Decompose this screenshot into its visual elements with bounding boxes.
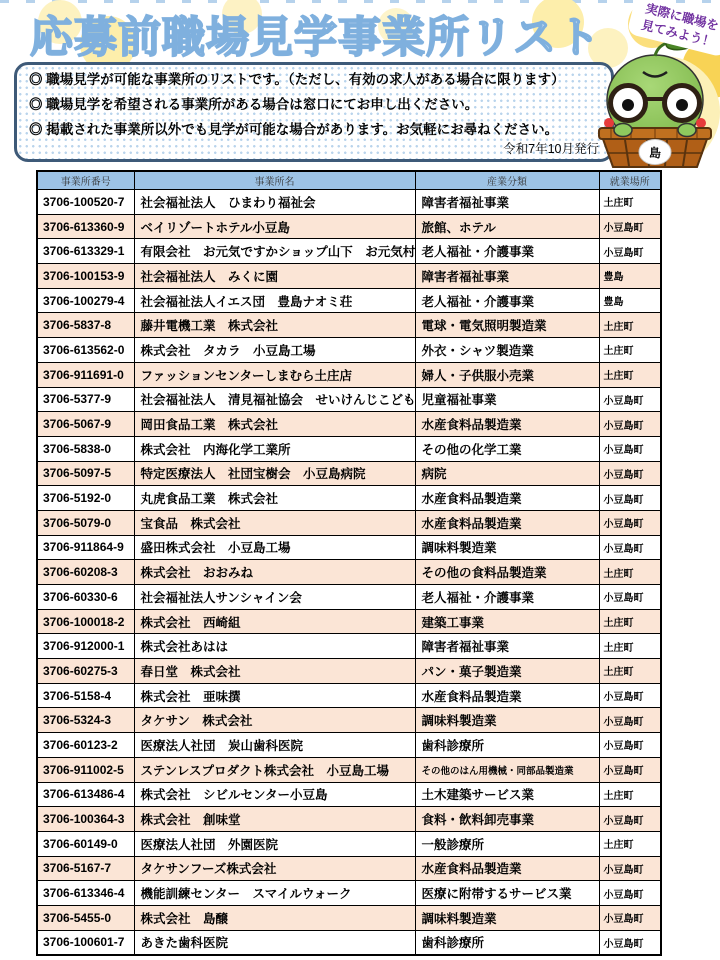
office-name: タケサンフーズ株式会社: [134, 856, 415, 881]
office-number: 3706-60149-0: [37, 831, 134, 856]
office-number: 3706-613329-1: [37, 239, 134, 264]
table-row: 3706-100018-2 株式会社 西崎組 建築工事業 土庄町: [37, 609, 661, 634]
table-row: 3706-60123-2 医療法人社団 炭山歯科医院 歯科診療所 小豆島町: [37, 733, 661, 758]
olive-mascot: 島: [583, 36, 720, 170]
industry: 児童福祉事業: [415, 387, 599, 412]
office-name: 株式会社あはは: [134, 634, 415, 659]
office-number: 3706-5324-3: [37, 708, 134, 733]
table-row: 3706-911864-9 盛田株式会社 小豆島工場 調味料製造業 小豆島町: [37, 535, 661, 560]
office-name: 株式会社 亜味撰: [134, 683, 415, 708]
industry: その他の食料品製造業: [415, 560, 599, 585]
office-number: 3706-613562-0: [37, 338, 134, 363]
table-row: 3706-613329-1 有限会社 お元気ですかショップ山下 お元気村 老人福…: [37, 239, 661, 264]
office-name: 春日堂 株式会社: [134, 659, 415, 684]
location: 小豆島町: [599, 733, 661, 758]
table-row: 3706-5097-5 特定医療法人 社団宝樹会 小豆島病院 病院 小豆島町: [37, 461, 661, 486]
office-number: 3706-60275-3: [37, 659, 134, 684]
industry: 食料・飲料卸売事業: [415, 807, 599, 832]
office-number: 3706-5192-0: [37, 486, 134, 511]
office-name: ベイリゾートホテル小豆島: [134, 214, 415, 239]
col-header-industry: 産業分類: [415, 171, 599, 190]
notice-item: ◎ 職場見学が可能な事業所のリストです。（ただし、有効の求人がある場合に限ります…: [29, 73, 601, 87]
industry: 水産食料品製造業: [415, 486, 599, 511]
industry: その他の化学工業: [415, 436, 599, 461]
location: 小豆島町: [599, 757, 661, 782]
blush-right: [696, 118, 706, 128]
table-row: 3706-5324-3 タケサン 株式会社 調味料製造業 小豆島町: [37, 708, 661, 733]
industry: 旅館、ホテル: [415, 214, 599, 239]
table-row: 3706-100279-4 社会福祉法人イエス団 豊島ナオミ荘 老人福祉・介護事…: [37, 288, 661, 313]
office-name: 丸虎食品工業 株式会社: [134, 486, 415, 511]
location: 小豆島町: [599, 881, 661, 906]
table-row: 3706-911691-0 ファッションセンターしまむら土庄店 婦人・子供服小売…: [37, 362, 661, 387]
notice-item: ◎ 職場見学を希望される事業所がある場合は窓口にてお申し出ください。: [29, 98, 601, 112]
location: 土庄町: [599, 560, 661, 585]
location: 小豆島町: [599, 930, 661, 955]
table-row: 3706-5377-9 社会福祉法人 清見福祉協会 せいけんじこども園 児童福祉…: [37, 387, 661, 412]
notice-box: ◎ 職場見学が可能な事業所のリストです。（ただし、有効の求人がある場合に限ります…: [14, 62, 614, 162]
office-number: 3706-5455-0: [37, 905, 134, 930]
industry: 水産食料品製造業: [415, 683, 599, 708]
hand-right: [678, 124, 696, 137]
office-name: ファッションセンターしまむら土庄店: [134, 362, 415, 387]
col-header-name: 事業所名: [134, 171, 415, 190]
office-number: 3706-60208-3: [37, 560, 134, 585]
location: 小豆島町: [599, 510, 661, 535]
office-number: 3706-613346-4: [37, 881, 134, 906]
location: 小豆島町: [599, 585, 661, 610]
location: 豊島: [599, 288, 661, 313]
office-number: 3706-60330-6: [37, 585, 134, 610]
location: 土庄町: [599, 362, 661, 387]
office-name: 株式会社 創味堂: [134, 807, 415, 832]
location: 小豆島町: [599, 486, 661, 511]
table-row: 3706-60275-3 春日堂 株式会社 パン・菓子製造業 土庄町: [37, 659, 661, 684]
table-row: 3706-613346-4 機能訓練センター スマイルウォーク 医療に附帯するサ…: [37, 881, 661, 906]
office-number: 3706-5097-5: [37, 461, 134, 486]
table-header-row: 事業所番号 事業所名 産業分類 就業場所: [37, 171, 661, 190]
location: 小豆島町: [599, 683, 661, 708]
industry: 電球・電気照明製造業: [415, 313, 599, 338]
location: 小豆島町: [599, 708, 661, 733]
industry: 水産食料品製造業: [415, 412, 599, 437]
office-number: 3706-911691-0: [37, 362, 134, 387]
col-header-location: 就業場所: [599, 171, 661, 190]
office-number: 3706-100520-7: [37, 190, 134, 215]
office-name: 株式会社 内海化学工業所: [134, 436, 415, 461]
notice-item: ◎ 掲載された事業所以外でも見学が可能な場合があります。お気軽にお尋ねください。: [29, 123, 601, 137]
office-name: あきた歯科医院: [134, 930, 415, 955]
location: 小豆島町: [599, 214, 661, 239]
office-number: 3706-5838-0: [37, 436, 134, 461]
location: 小豆島町: [599, 905, 661, 930]
location: 土庄町: [599, 659, 661, 684]
table-row: 3706-100364-3 株式会社 創味堂 食料・飲料卸売事業 小豆島町: [37, 807, 661, 832]
office-number: 3706-911002-5: [37, 757, 134, 782]
table-row: 3706-613486-4 株式会社 シビルセンター小豆島 土木建築サービス業 …: [37, 782, 661, 807]
table-row: 3706-5167-7 タケサンフーズ株式会社 水産食料品製造業 小豆島町: [37, 856, 661, 881]
office-name: 株式会社 島醸: [134, 905, 415, 930]
industry: 調味料製造業: [415, 535, 599, 560]
industry: 老人福祉・介護事業: [415, 288, 599, 313]
industry: 調味料製造業: [415, 905, 599, 930]
office-number: 3706-613360-9: [37, 214, 134, 239]
industry: 医療に附帯するサービス業: [415, 881, 599, 906]
office-number: 3706-5158-4: [37, 683, 134, 708]
office-number: 3706-5837-8: [37, 313, 134, 338]
office-table: 事業所番号 事業所名 産業分類 就業場所 3706-100520-7 社会福祉法…: [36, 170, 662, 956]
table-row: 3706-100601-7 あきた歯科医院 歯科診療所 小豆島町: [37, 930, 661, 955]
industry: 建築工事業: [415, 609, 599, 634]
office-number: 3706-613486-4: [37, 782, 134, 807]
col-header-number: 事業所番号: [37, 171, 134, 190]
issue-date: 令和7年10月発行: [29, 139, 599, 157]
hand-left: [614, 124, 632, 137]
office-name: ステンレスプロダクト株式会社 小豆島工場: [134, 757, 415, 782]
industry: 歯科診療所: [415, 733, 599, 758]
office-number: 3706-5079-0: [37, 510, 134, 535]
pupil-right: [676, 99, 688, 111]
location: 小豆島町: [599, 461, 661, 486]
office-name: タケサン 株式会社: [134, 708, 415, 733]
office-number: 3706-100364-3: [37, 807, 134, 832]
industry: 障害者福祉事業: [415, 634, 599, 659]
office-number: 3706-100018-2: [37, 609, 134, 634]
table-row: 3706-5455-0 株式会社 島醸 調味料製造業 小豆島町: [37, 905, 661, 930]
location: 小豆島町: [599, 387, 661, 412]
industry: 障害者福祉事業: [415, 190, 599, 215]
location: 豊島: [599, 264, 661, 289]
table-row: 3706-60208-3 株式会社 おおみね その他の食料品製造業 土庄町: [37, 560, 661, 585]
office-number: 3706-911864-9: [37, 535, 134, 560]
location: 土庄町: [599, 190, 661, 215]
office-name: 社会福祉法人 みくに園: [134, 264, 415, 289]
blush-left: [604, 118, 614, 128]
industry: 水産食料品製造業: [415, 510, 599, 535]
industry: その他のはん用機械・同部品製造業: [415, 757, 599, 782]
table-row: 3706-5838-0 株式会社 内海化学工業所 その他の化学工業 小豆島町: [37, 436, 661, 461]
office-name: 株式会社 おおみね: [134, 560, 415, 585]
office-name: 特定医療法人 社団宝樹会 小豆島病院: [134, 461, 415, 486]
office-name: 岡田食品工業 株式会社: [134, 412, 415, 437]
location: 土庄町: [599, 338, 661, 363]
office-name: 機能訓練センター スマイルウォーク: [134, 881, 415, 906]
office-table-body: 3706-100520-7 社会福祉法人 ひまわり福祉会 障害者福祉事業 土庄町…: [37, 190, 661, 955]
industry: 老人福祉・介護事業: [415, 239, 599, 264]
location: 土庄町: [599, 831, 661, 856]
location: 小豆島町: [599, 856, 661, 881]
industry: 水産食料品製造業: [415, 856, 599, 881]
table-row: 3706-912000-1 株式会社あはは 障害者福祉事業 土庄町: [37, 634, 661, 659]
table-row: 3706-613360-9 ベイリゾートホテル小豆島 旅館、ホテル 小豆島町: [37, 214, 661, 239]
industry: 土木建築サービス業: [415, 782, 599, 807]
office-number: 3706-100601-7: [37, 930, 134, 955]
table-row: 3706-5158-4 株式会社 亜味撰 水産食料品製造業 小豆島町: [37, 683, 661, 708]
office-number: 3706-100153-9: [37, 264, 134, 289]
location: 土庄町: [599, 609, 661, 634]
office-name: 株式会社 シビルセンター小豆島: [134, 782, 415, 807]
table-row: 3706-5837-8 藤井電機工業 株式会社 電球・電気照明製造業 土庄町: [37, 313, 661, 338]
table-row: 3706-5067-9 岡田食品工業 株式会社 水産食料品製造業 小豆島町: [37, 412, 661, 437]
location: 小豆島町: [599, 412, 661, 437]
location: 小豆島町: [599, 535, 661, 560]
office-name: 藤井電機工業 株式会社: [134, 313, 415, 338]
table-row: 3706-60149-0 医療法人社団 外園医院 一般診療所 土庄町: [37, 831, 661, 856]
office-number: 3706-100279-4: [37, 288, 134, 313]
table-row: 3706-100520-7 社会福祉法人 ひまわり福祉会 障害者福祉事業 土庄町: [37, 190, 661, 215]
office-name: 株式会社 西崎組: [134, 609, 415, 634]
location: 小豆島町: [599, 239, 661, 264]
office-name: 社会福祉法人イエス団 豊島ナオミ荘: [134, 288, 415, 313]
office-number: 3706-912000-1: [37, 634, 134, 659]
location: 小豆島町: [599, 436, 661, 461]
office-number: 3706-60123-2: [37, 733, 134, 758]
office-name: 社会福祉法人サンシャイン会: [134, 585, 415, 610]
page-title: 応募前職場見学事業所リスト: [30, 4, 601, 65]
table-row: 3706-613562-0 株式会社 タカラ 小豆島工場 外衣・シャツ製造業 土…: [37, 338, 661, 363]
location: 土庄町: [599, 782, 661, 807]
office-number: 3706-5067-9: [37, 412, 134, 437]
industry: 老人福祉・介護事業: [415, 585, 599, 610]
location: 小豆島町: [599, 807, 661, 832]
decor-top-ticks: [0, 0, 720, 3]
office-name: 医療法人社団 外園医院: [134, 831, 415, 856]
office-name: 医療法人社団 炭山歯科医院: [134, 733, 415, 758]
industry: 婦人・子供服小売業: [415, 362, 599, 387]
industry: 歯科診療所: [415, 930, 599, 955]
basket-label: 島: [649, 145, 661, 160]
location: 土庄町: [599, 634, 661, 659]
industry: 病院: [415, 461, 599, 486]
location: 土庄町: [599, 313, 661, 338]
office-name: 宝食品 株式会社: [134, 510, 415, 535]
office-name: 有限会社 お元気ですかショップ山下 お元気村: [134, 239, 415, 264]
pupil-left: [622, 99, 634, 111]
office-number: 3706-5167-7: [37, 856, 134, 881]
table-row: 3706-5079-0 宝食品 株式会社 水産食料品製造業 小豆島町: [37, 510, 661, 535]
table-row: 3706-100153-9 社会福祉法人 みくに園 障害者福祉事業 豊島: [37, 264, 661, 289]
office-name: 株式会社 タカラ 小豆島工場: [134, 338, 415, 363]
page: 応募前職場見学事業所リスト 実際に職場を 見てみよう！: [0, 0, 720, 960]
industry: 障害者福祉事業: [415, 264, 599, 289]
office-number: 3706-5377-9: [37, 387, 134, 412]
table-row: 3706-911002-5 ステンレスプロダクト株式会社 小豆島工場 その他のは…: [37, 757, 661, 782]
office-name: 社会福祉法人 清見福祉協会 せいけんじこども園: [134, 387, 415, 412]
office-name: 盛田株式会社 小豆島工場: [134, 535, 415, 560]
table-row: 3706-5192-0 丸虎食品工業 株式会社 水産食料品製造業 小豆島町: [37, 486, 661, 511]
office-name: 社会福祉法人 ひまわり福祉会: [134, 190, 415, 215]
industry: 調味料製造業: [415, 708, 599, 733]
industry: 外衣・シャツ製造業: [415, 338, 599, 363]
mascot-basket: 島: [599, 124, 711, 168]
table-row: 3706-60330-6 社会福祉法人サンシャイン会 老人福祉・介護事業 小豆島…: [37, 585, 661, 610]
industry: 一般診療所: [415, 831, 599, 856]
industry: パン・菓子製造業: [415, 659, 599, 684]
